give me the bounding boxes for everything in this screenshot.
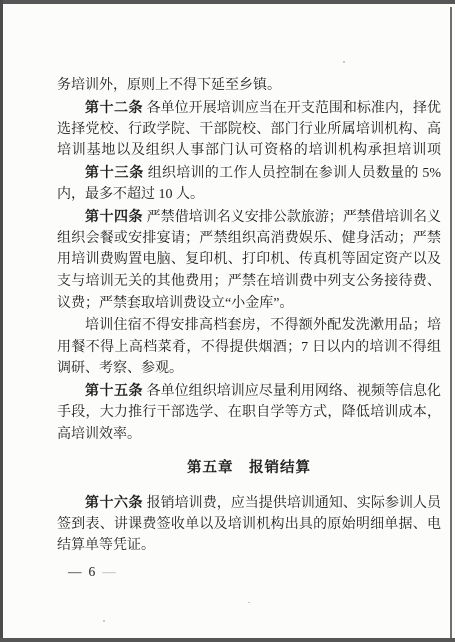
- scan-speck: [248, 602, 250, 603]
- text-line: 调研、考察、参观。: [57, 358, 441, 380]
- text-line: 手段，大力推行干部选学、在职自学等方式，降低培训成本，提: [57, 402, 441, 424]
- text-line: 第十五条 各单位组织培训应尽量利用网络、视频等信息化: [57, 380, 441, 402]
- text-line: 用餐不得上高档菜肴，不得提供烟酒；7 日以内的培训不得组织: [57, 337, 441, 359]
- footer-dash-right: —: [102, 564, 116, 580]
- text-line: 第十三条 组织培训的工作人员控制在参训人员数量的 5%以: [57, 162, 441, 184]
- text-line: 用培训费购置电脑、复印机、打印机、传真机等固定资产以及开: [57, 249, 441, 271]
- text-line: 培训基地以及组织人事部门认可资格的培训机构承担培训项目。: [57, 140, 441, 162]
- article-number: 第十四条: [85, 208, 143, 224]
- scan-border-bottom: [0, 638, 455, 642]
- article-number: 第十三条: [85, 164, 144, 180]
- article-number: 第十二条: [85, 99, 143, 115]
- text-line: 务培训外，原则上不得下延至乡镇。: [57, 75, 441, 97]
- text-line: 第十四条 严禁借培训名义安排公款旅游；严禁借培训名义: [57, 206, 441, 228]
- text-line: 支与培训无关的其他费用；严禁在培训费中列支公务接待费、会: [57, 271, 441, 293]
- scan-speck: [103, 620, 105, 622]
- scanned-document-page: 务培训外，原则上不得下延至乡镇。第十二条 各单位开展培训应当在开支范围和标准内，…: [0, 0, 455, 642]
- article-number: 第十六条: [85, 494, 143, 510]
- text-line: 培训住宿不得安排高档套房，不得额外配发洗漱用品；培训: [57, 315, 441, 337]
- chapter-heading: 第五章 报销结算: [57, 458, 441, 480]
- text-line: 高培训效率。: [57, 424, 441, 446]
- text-line: 议费；严禁套取培训费设立“小金库”。: [57, 293, 441, 315]
- footer-number: 6: [89, 564, 96, 580]
- text-line: 内，最多不超过 10 人。: [57, 184, 441, 206]
- text-line: 组织会餐或安排宴请；严禁组织高消费娱乐、健身活动；严禁使: [57, 228, 441, 250]
- page-edge-line: [450, 7, 452, 638]
- text-line: 结算单等凭证。: [57, 535, 441, 557]
- text-line: 第十二条 各单位开展培训应当在开支范围和标准内，择优: [57, 97, 441, 119]
- document-body: 务培训外，原则上不得下延至乡镇。第十二条 各单位开展培训应当在开支范围和标准内，…: [57, 75, 441, 580]
- text-line: 第十六条 报销培训费，应当提供培训通知、实际参训人员: [57, 492, 441, 514]
- text-line: 签到表、讲课费签收单以及培训机构出具的原始明细单据、电子: [57, 514, 441, 536]
- text-line: 选择党校、行政学院、干部院校、部门行业所属培训机构、高校: [57, 119, 441, 141]
- scan-border-left: [0, 0, 3, 642]
- scan-speck: [343, 61, 345, 63]
- page-number: —6—: [57, 564, 441, 580]
- article-number: 第十五条: [85, 382, 143, 398]
- scan-border-top: [0, 0, 455, 4]
- footer-dash-left: —: [68, 564, 82, 580]
